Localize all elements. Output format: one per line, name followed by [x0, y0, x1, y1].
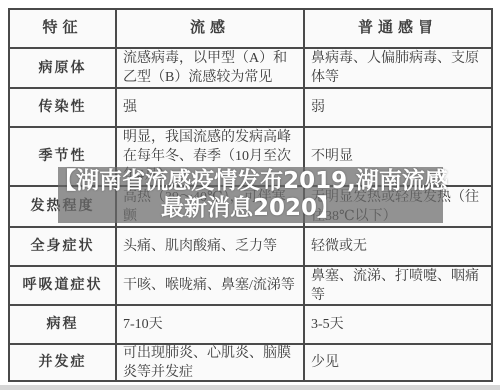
row-label-course: 病程: [10, 306, 115, 343]
header-flu: 流感: [117, 10, 303, 47]
cell-cold-respiratory-symptoms: 鼻塞、流涕、打喷嚏、咽痛等: [305, 267, 491, 304]
bottom-gray-strip: [0, 385, 500, 390]
cell-cold-systemic-symptoms: 轻微或无: [305, 228, 491, 265]
caption-banner-overlay: 【湖南省流感疫情发布2019,湖南流感 最新消息2020】: [58, 167, 443, 223]
row-label-respiratory-symptoms: 呼吸道症状: [10, 267, 115, 304]
caption-banner-line1: 【湖南省流感疫情发布2019,湖南流感: [53, 168, 448, 195]
cell-cold-pathogen: 鼻病毒、人偏肺病毒、支原体等: [305, 49, 491, 87]
caption-banner-line2: 最新消息2020】: [161, 195, 340, 222]
cell-cold-infectivity: 弱: [305, 89, 491, 126]
header-feature: 特征: [10, 10, 115, 47]
cell-flu-infectivity: 强: [117, 89, 303, 126]
cell-cold-course: 3-5天: [305, 306, 491, 343]
row-label-pathogen: 病原体: [10, 49, 115, 87]
row-label-complications: 并发症: [10, 345, 115, 380]
cell-flu-pathogen: 流感病毒，以甲型（A）和乙型（B）流感较为常见: [117, 49, 303, 87]
row-label-systemic-symptoms: 全身症状: [10, 228, 115, 265]
cell-flu-course: 7-10天: [117, 306, 303, 343]
cell-flu-complications: 可出现肺炎、心肌炎、脑膜炎等并发症: [117, 345, 303, 380]
header-common-cold: 普通感冒: [305, 10, 491, 47]
cell-flu-respiratory-symptoms: 干咳、喉咙痛、鼻塞/流涕等: [117, 267, 303, 304]
row-label-infectivity: 传染性: [10, 89, 115, 126]
cell-cold-complications: 少见: [305, 345, 491, 380]
cell-flu-systemic-symptoms: 头痛、肌肉酸痛、乏力等: [117, 228, 303, 265]
